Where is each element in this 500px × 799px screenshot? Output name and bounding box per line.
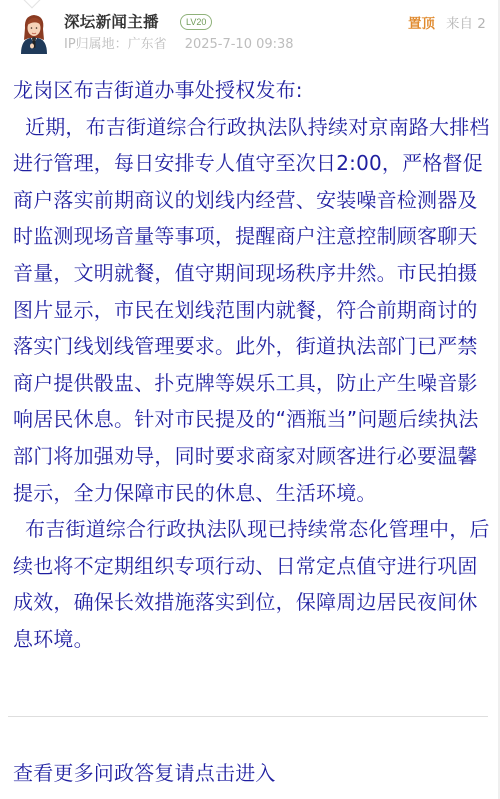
post-header: 深坛新闻主播 LV20 IP归属地：广东省2025-7-10 09:38 置顶 … (0, 0, 500, 62)
pinned-badge: 置顶 (408, 15, 435, 33)
post-meta: IP归属地：广东省2025-7-10 09:38 (64, 37, 294, 53)
post-paragraph: 近期，布吉街道综合行政执法队持续对京南路大排档进行管理，每日安排专人值守至次日2… (13, 109, 493, 512)
post-body: 龙岗区布吉街道办事处授权发布: 近期，布吉街道综合行政执法队持续对京南路大排档进… (13, 72, 493, 658)
ip-location: IP归属地：广东省 (64, 37, 167, 52)
post-paragraph: 布吉街道综合行政执法队现已持续常态化管理中，后续也将不定期组织专项行动、日常定点… (13, 511, 493, 657)
news-anchor-avatar-icon (18, 12, 50, 54)
more-replies-link[interactable]: 查看更多问政答复请点击进入 (13, 760, 276, 786)
author-name[interactable]: 深坛新闻主播 (64, 12, 159, 32)
post-timestamp: 2025-7-10 09:38 (185, 37, 294, 52)
avatar[interactable] (18, 12, 50, 54)
post-title: 龙岗区布吉街道办事处授权发布: (13, 72, 493, 109)
source-label: 来自 2 (446, 15, 486, 33)
level-badge: LV20 (180, 14, 212, 30)
divider (8, 716, 488, 717)
post-detail-page: 深坛新闻主播 LV20 IP归属地：广东省2025-7-10 09:38 置顶 … (0, 0, 500, 799)
